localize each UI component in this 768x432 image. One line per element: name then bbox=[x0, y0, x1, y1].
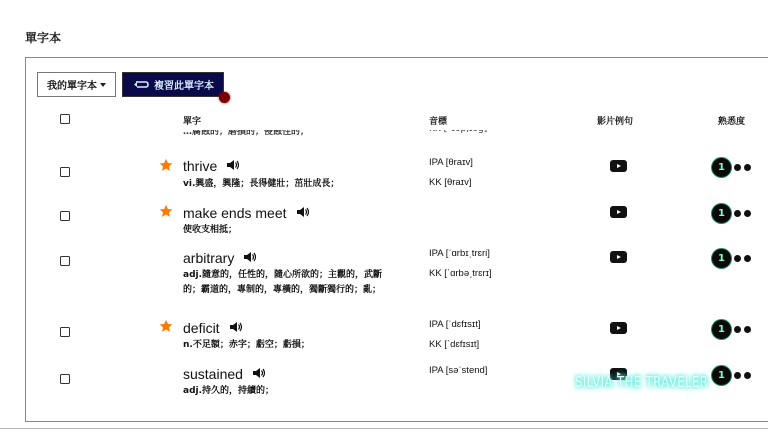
word-definition: 使收支相抵； bbox=[183, 223, 393, 238]
page-divider bbox=[0, 428, 768, 429]
definition-fragment: …腐蝕的；磨損的；侵蝕性的； bbox=[183, 130, 309, 137]
caret-down-icon bbox=[100, 83, 106, 87]
speaker-icon[interactable] bbox=[253, 368, 265, 378]
speaker-icon[interactable] bbox=[227, 160, 239, 170]
word-text[interactable]: deficit bbox=[183, 320, 242, 336]
familiarity-dot[interactable] bbox=[744, 210, 751, 217]
header-phonetic: 音標 bbox=[429, 114, 447, 127]
familiarity-dot[interactable] bbox=[734, 326, 741, 333]
word-definition: vi.興盛，興隆；長得健壯；茁壯成長； bbox=[183, 177, 393, 192]
row-checkbox[interactable] bbox=[60, 374, 70, 384]
familiarity-dot[interactable] bbox=[744, 372, 751, 379]
familiarity-dot[interactable] bbox=[744, 255, 751, 262]
review-wordbook-button[interactable]: 複習此單字本 bbox=[122, 72, 224, 97]
video-play-icon[interactable] bbox=[610, 322, 627, 334]
familiarity-dot[interactable] bbox=[734, 210, 741, 217]
kk-phonetic: KK [ˋdɛfɪsɪt] bbox=[429, 335, 479, 355]
word-text[interactable]: make ends meet bbox=[183, 205, 309, 221]
ipa-phonetic: IPA [θraɪv] bbox=[429, 153, 473, 173]
star-icon[interactable] bbox=[159, 204, 173, 218]
row-checkbox[interactable] bbox=[60, 167, 70, 177]
word-text[interactable]: sustained bbox=[183, 366, 265, 382]
kk-phonetic: KK [θraɪv] bbox=[429, 173, 471, 193]
review-wordbook-label: 複習此單字本 bbox=[154, 77, 214, 92]
word-definition: adj.隨意的，任性的，隨心所欲的；主觀的，武斷的；霸道的，專制的，專橫的，獨斷… bbox=[183, 268, 393, 298]
familiarity-indicator[interactable]: 1 bbox=[712, 204, 751, 223]
familiarity-indicator[interactable]: 1 bbox=[712, 366, 751, 385]
wordbook-dropdown-label: 我的單字本 bbox=[47, 77, 97, 92]
video-play-icon[interactable] bbox=[610, 160, 627, 172]
word-label: thrive bbox=[183, 158, 217, 174]
familiarity-indicator[interactable]: 1 bbox=[712, 158, 751, 177]
familiarity-dot[interactable] bbox=[744, 164, 751, 171]
star-icon[interactable] bbox=[159, 158, 173, 172]
word-definition: adj.持久的，持續的； bbox=[183, 384, 393, 399]
header-word: 單字 bbox=[183, 114, 201, 127]
word-label: arbitrary bbox=[183, 250, 234, 266]
ipa-phonetic: IPA [səˈstend] bbox=[429, 361, 487, 381]
familiarity-indicator[interactable]: 1 bbox=[712, 249, 751, 268]
watermark-text: SILVIA THE TRAVELER bbox=[575, 373, 708, 391]
word-definition: n.不足額；赤字；虧空；虧損； bbox=[183, 338, 393, 353]
word-text[interactable]: thrive bbox=[183, 158, 239, 174]
star-icon[interactable] bbox=[159, 319, 173, 333]
cursor-indicator-dot bbox=[219, 92, 230, 103]
familiarity-dot[interactable] bbox=[734, 372, 741, 379]
kk-phonetic: KK [ˋɑrbəˏtrɛrɪ] bbox=[429, 264, 492, 284]
toolbar: 我的單字本 複習此單字本 bbox=[37, 72, 224, 97]
review-cycle-icon bbox=[133, 80, 149, 89]
familiarity-level: 1 bbox=[712, 366, 731, 385]
wordbook-dropdown[interactable]: 我的單字本 bbox=[37, 72, 116, 97]
vocabulary-panel: 我的單字本 複習此單字本 單字 音標 影片例句 熟悉度 …腐蝕的；磨損的；侵蝕性… bbox=[25, 57, 768, 422]
speaker-icon[interactable] bbox=[244, 252, 256, 262]
familiarity-level: 1 bbox=[712, 204, 731, 223]
table-header: 單字 音標 影片例句 熟悉度 bbox=[26, 114, 768, 130]
word-text[interactable]: arbitrary bbox=[183, 250, 256, 266]
row-checkbox[interactable] bbox=[60, 327, 70, 337]
familiarity-level: 1 bbox=[712, 320, 731, 339]
speaker-icon[interactable] bbox=[297, 207, 309, 217]
row-checkbox[interactable] bbox=[60, 211, 70, 221]
familiarity-level: 1 bbox=[712, 158, 731, 177]
page-title: 單字本 bbox=[25, 29, 61, 46]
familiarity-level: 1 bbox=[712, 249, 731, 268]
video-play-icon[interactable] bbox=[610, 206, 627, 218]
row-checkbox[interactable] bbox=[60, 256, 70, 266]
familiarity-dot[interactable] bbox=[734, 164, 741, 171]
header-video: 影片例句 bbox=[597, 114, 633, 127]
ipa-phonetic: IPA [ˈɑrbɪˌtrɛri] bbox=[429, 244, 490, 264]
familiarity-indicator[interactable]: 1 bbox=[712, 320, 751, 339]
familiarity-dot[interactable] bbox=[744, 326, 751, 333]
word-label: deficit bbox=[183, 320, 220, 336]
video-play-icon[interactable] bbox=[610, 251, 627, 263]
header-familiarity: 熟悉度 bbox=[718, 114, 745, 127]
speaker-icon[interactable] bbox=[230, 322, 242, 332]
select-all-checkbox[interactable] bbox=[60, 114, 70, 124]
word-label: make ends meet bbox=[183, 205, 287, 221]
familiarity-dot[interactable] bbox=[734, 255, 741, 262]
ipa-phonetic: IPA [ˈdɛfɪsɪt] bbox=[429, 315, 481, 335]
phonetic-fragment: KK [ˋɪəp,ɪəɡ] bbox=[429, 130, 487, 134]
word-label: sustained bbox=[183, 366, 243, 382]
